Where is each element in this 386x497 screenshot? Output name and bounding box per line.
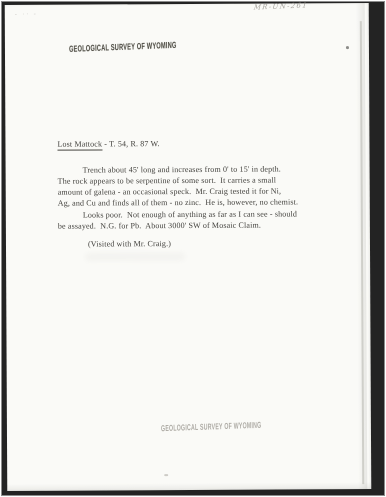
agency-stamp-bottom: GEOLOGICAL SURVEY OF WYOMING bbox=[161, 420, 262, 434]
scanned-document-screenshot: - ·· - MR-UN-261 GEOLOGICAL SURVEY OF WY… bbox=[0, 0, 386, 497]
accession-number-handwritten: MR-UN-261 bbox=[253, 1, 308, 11]
paragraph-visited-note: (Visited with Mr. Craig.) bbox=[58, 237, 350, 250]
scan-artifact-dot bbox=[346, 46, 349, 49]
paragraph-trench-description: Trench about 45' long and increases from… bbox=[58, 163, 350, 209]
document-page: - ·· - MR-UN-261 GEOLOGICAL SURVEY OF WY… bbox=[5, 3, 372, 491]
scan-speck bbox=[164, 474, 168, 476]
claim-name: Lost Mattock bbox=[57, 139, 102, 150]
scan-ghost-smudge bbox=[85, 252, 185, 262]
agency-stamp-top: GEOLOGICAL SURVEY OF WYOMING bbox=[69, 40, 177, 55]
report-heading: Lost Mattock - T. 54, R. 87 W. bbox=[57, 138, 159, 150]
township-range: - T. 54, R. 87 W. bbox=[102, 139, 160, 148]
paragraph-assessment: Looks poor. Not enough of anything as fa… bbox=[58, 208, 350, 232]
pencil-scribble: - ·· - bbox=[15, 11, 38, 18]
